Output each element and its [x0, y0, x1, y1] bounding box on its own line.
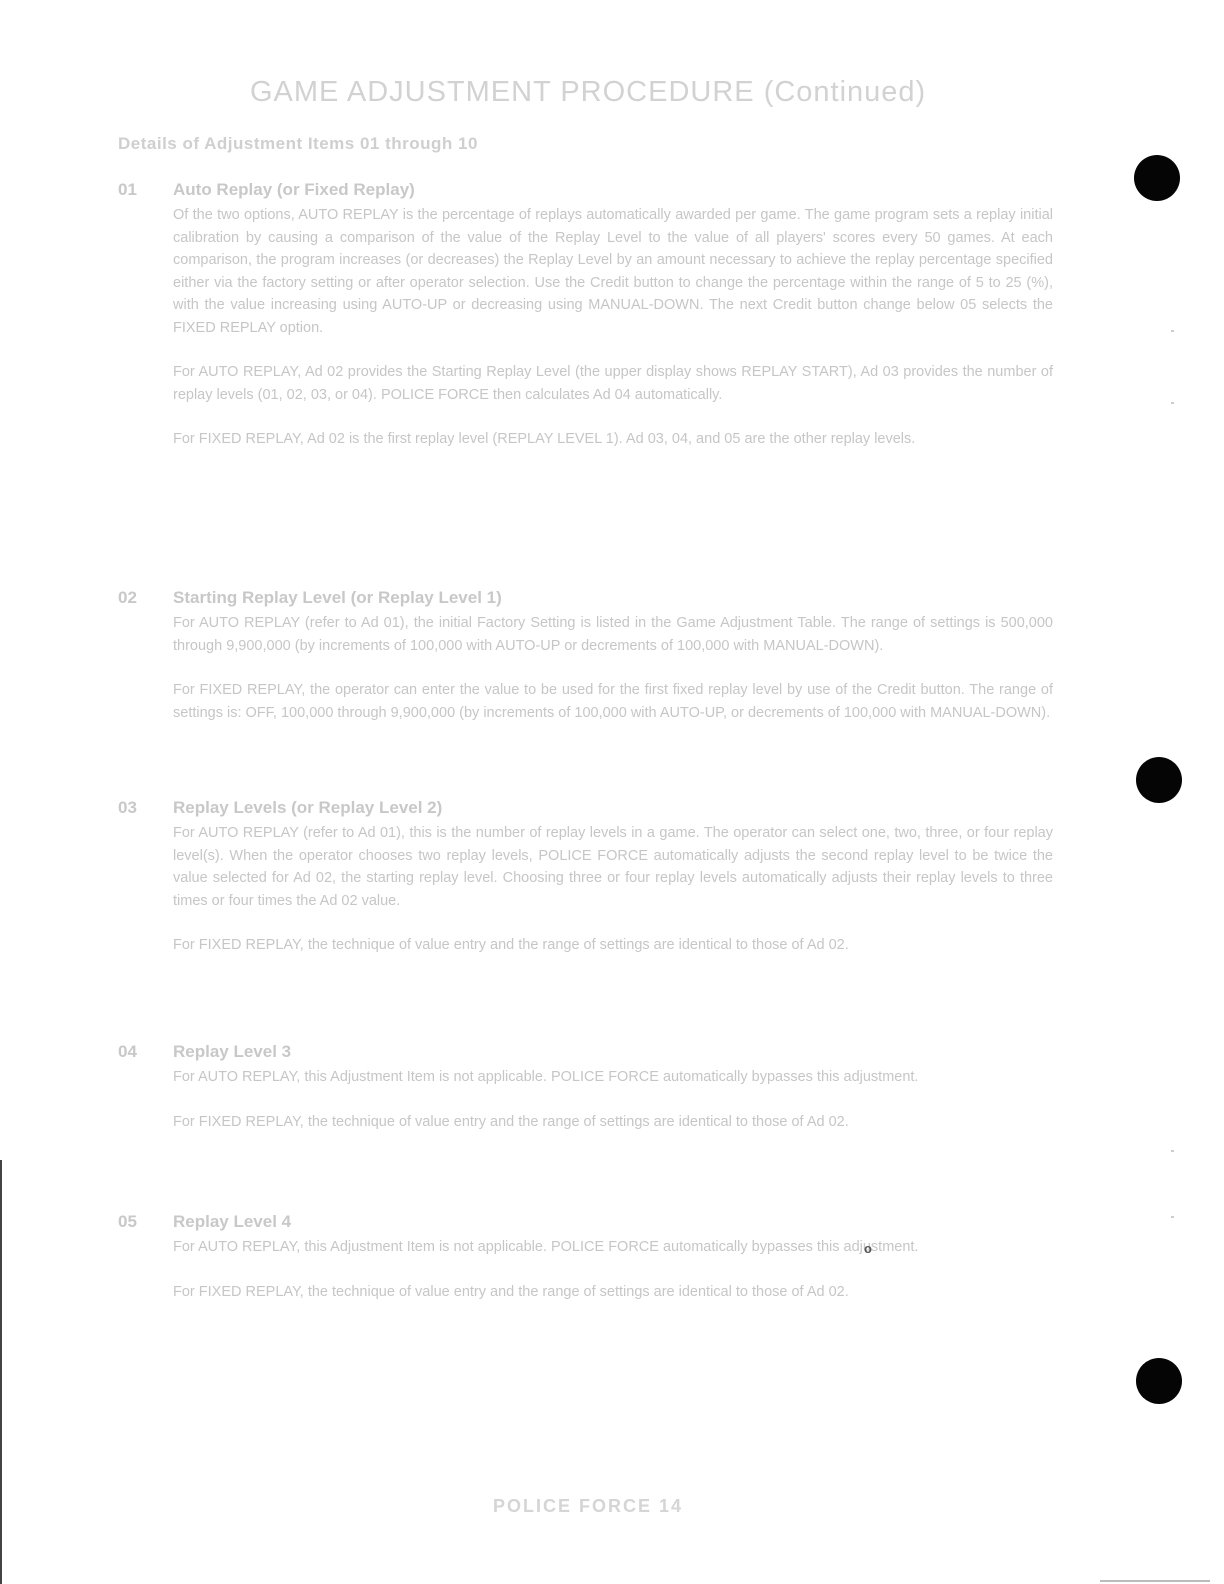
- item-paragraph: For AUTO REPLAY, this Adjustment Item is…: [173, 1066, 1053, 1089]
- scan-mark: [1171, 330, 1174, 332]
- item-number: 03: [118, 798, 173, 818]
- adjustment-item-01: 01Auto Replay (or Fixed Replay) Of the t…: [118, 180, 1058, 451]
- adjustment-item-04: 04Replay Level 3 For AUTO REPLAY, this A…: [118, 1042, 1058, 1133]
- item-title: Replay Levels (or Replay Level 2): [173, 798, 442, 817]
- item-number: 04: [118, 1042, 173, 1062]
- stray-mark: o: [864, 1241, 872, 1256]
- item-paragraph: For AUTO REPLAY, Ad 02 provides the Star…: [173, 361, 1053, 406]
- item-title: Auto Replay (or Fixed Replay): [173, 180, 415, 199]
- page-title: GAME ADJUSTMENT PROCEDURE (Continued): [250, 76, 926, 109]
- item-heading: 01Auto Replay (or Fixed Replay): [118, 180, 1058, 204]
- item-paragraph: For FIXED REPLAY, the technique of value…: [173, 1111, 1053, 1134]
- section-subtitle: Details of Adjustment Items 01 through 1…: [118, 134, 478, 154]
- item-title: Replay Level 3: [173, 1042, 291, 1061]
- punch-hole-icon: [1136, 757, 1182, 803]
- adjustment-item-02: 02Starting Replay Level (or Replay Level…: [118, 588, 1058, 724]
- punch-hole-icon: [1134, 155, 1180, 201]
- adjustment-item-03: 03Replay Levels (or Replay Level 2) For …: [118, 798, 1058, 957]
- scan-mark: [1171, 402, 1174, 404]
- item-number: 01: [118, 180, 173, 200]
- page-footer: POLICE FORCE 14: [493, 1496, 683, 1517]
- item-paragraph: For AUTO REPLAY (refer to Ad 01), the in…: [173, 612, 1053, 657]
- item-number: 02: [118, 588, 173, 608]
- item-paragraph: For AUTO REPLAY (refer to Ad 01), this i…: [173, 822, 1053, 912]
- item-paragraph: For FIXED REPLAY, Ad 02 is the first rep…: [173, 428, 1053, 451]
- item-heading: 02Starting Replay Level (or Replay Level…: [118, 588, 1058, 612]
- page-edge-line: [0, 1160, 2, 1584]
- item-heading: 04Replay Level 3: [118, 1042, 1058, 1066]
- adjustment-item-05: 05Replay Level 4 For AUTO REPLAY, this A…: [118, 1212, 1058, 1303]
- item-paragraph: For AUTO REPLAY, this Adjustment Item is…: [173, 1236, 1053, 1259]
- item-paragraph: For FIXED REPLAY, the technique of value…: [173, 1281, 1053, 1304]
- item-heading: 03Replay Levels (or Replay Level 2): [118, 798, 1058, 822]
- item-number: 05: [118, 1212, 173, 1232]
- punch-hole-icon: [1136, 1358, 1182, 1404]
- item-heading: 05Replay Level 4: [118, 1212, 1058, 1236]
- item-title: Starting Replay Level (or Replay Level 1…: [173, 588, 502, 607]
- item-paragraph: For FIXED REPLAY, the technique of value…: [173, 934, 1053, 957]
- item-paragraph: Of the two options, AUTO REPLAY is the p…: [173, 204, 1053, 339]
- scan-mark: [1171, 1150, 1174, 1152]
- item-paragraph: For FIXED REPLAY, the operator can enter…: [173, 679, 1053, 724]
- page-edge-line: [1100, 1580, 1210, 1582]
- item-title: Replay Level 4: [173, 1212, 291, 1231]
- scan-mark: [1171, 1216, 1174, 1218]
